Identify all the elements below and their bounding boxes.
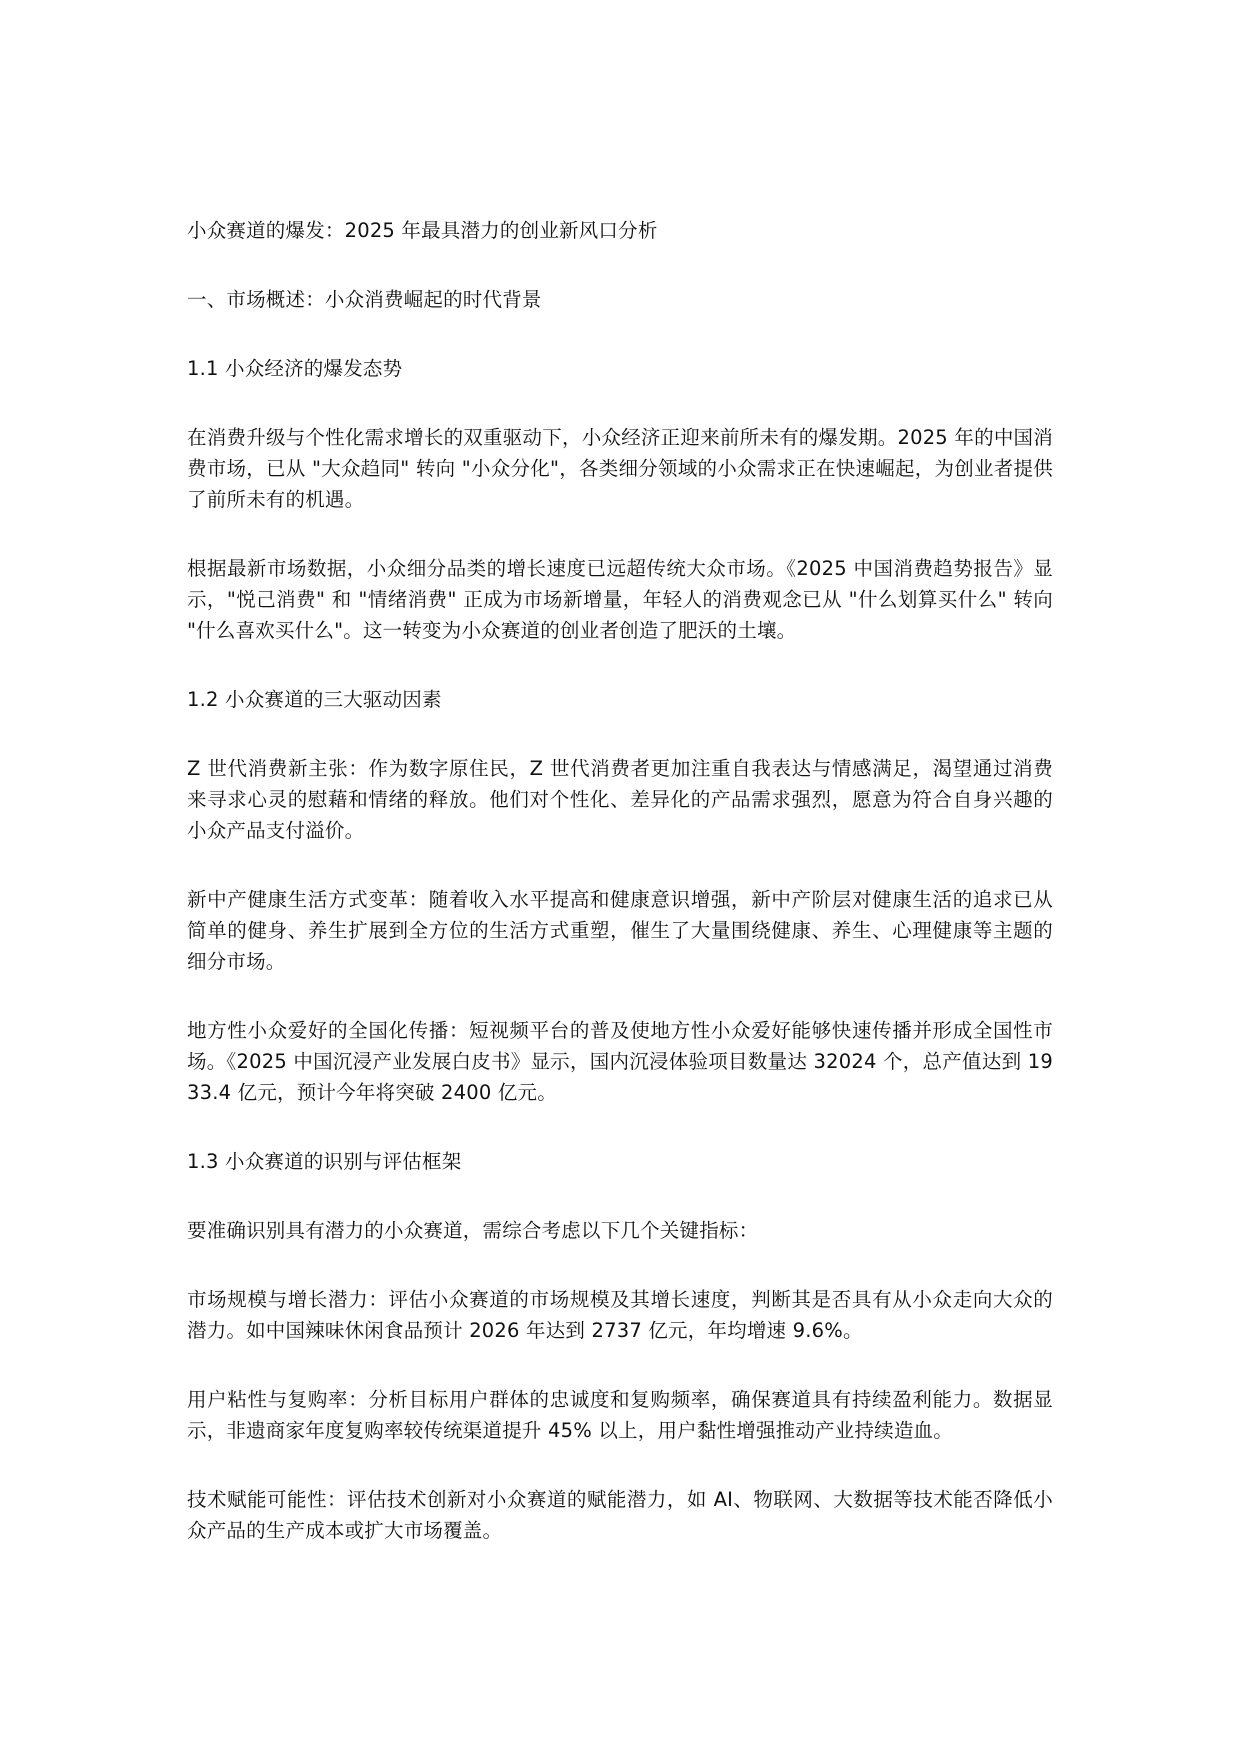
section-heading-1: 一、市场概述：小众消费崛起的时代背景 (187, 284, 1053, 315)
paragraph: 市场规模与增长潜力：评估小众赛道的市场规模及其增长速度，判断其是否具有从小众走向… (187, 1284, 1053, 1346)
paragraph: 根据最新市场数据，小众细分品类的增长速度已远超传统大众市场。《2025 中国消费… (187, 553, 1053, 646)
subsection-heading-1-3: 1.3 小众赛道的识别与评估框架 (187, 1146, 1053, 1177)
document-page: 小众赛道的爆发：2025 年最具潜力的创业新风口分析 一、市场概述：小众消费崛起… (187, 215, 1053, 1584)
subsection-heading-1-1: 1.1 小众经济的爆发态势 (187, 353, 1053, 384)
paragraph: Z 世代消费新主张：作为数字原住民，Z 世代消费者更加注重自我表达与情感满足，渴… (187, 753, 1053, 846)
subsection-heading-1-2: 1.2 小众赛道的三大驱动因素 (187, 684, 1053, 715)
paragraph: 新中产健康生活方式变革：随着收入水平提高和健康意识增强，新中产阶层对健康生活的追… (187, 884, 1053, 977)
paragraph: 用户粘性与复购率：分析目标用户群体的忠诚度和复购频率，确保赛道具有持续盈利能力。… (187, 1384, 1053, 1446)
paragraph: 地方性小众爱好的全国化传播：短视频平台的普及使地方性小众爱好能够快速传播并形成全… (187, 1015, 1053, 1108)
document-title: 小众赛道的爆发：2025 年最具潜力的创业新风口分析 (187, 215, 1053, 246)
paragraph: 要准确识别具有潜力的小众赛道，需综合考虑以下几个关键指标： (187, 1215, 1053, 1246)
paragraph: 在消费升级与个性化需求增长的双重驱动下，小众经济正迎来前所未有的爆发期。2025… (187, 422, 1053, 515)
paragraph: 技术赋能可能性：评估技术创新对小众赛道的赋能潜力，如 AI、物联网、大数据等技术… (187, 1484, 1053, 1546)
